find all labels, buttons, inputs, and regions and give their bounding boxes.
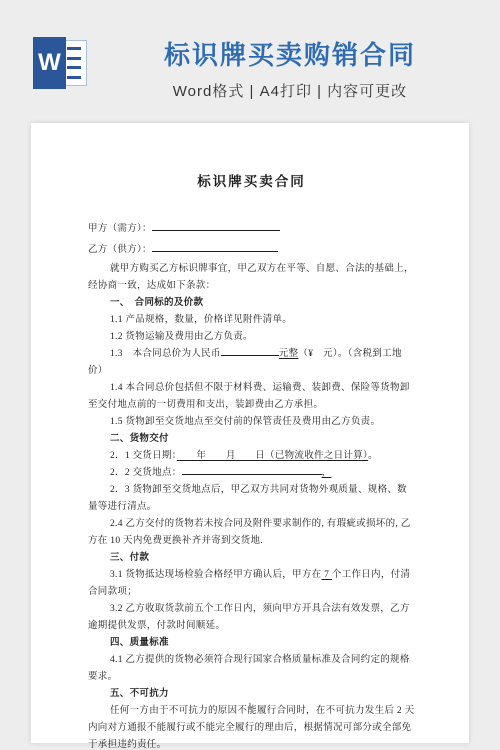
blank-line: [152, 242, 278, 252]
contract-paragraph: 2．2 交货地点：，: [88, 465, 415, 482]
text-run: 甲方（需方）：: [88, 224, 152, 234]
text-run: 乙方（供方）：: [88, 245, 152, 255]
header-text: 标识牌买卖购销合同 Word格式 | A4打印 | 内容可更改: [92, 40, 488, 101]
text-run: 。: [368, 451, 378, 461]
contract-paragraph: 1.2 货物运输及费用由乙方负责。: [88, 329, 415, 346]
text-run: 年 月 日（已物流收件之日计算）: [177, 451, 368, 461]
contract-field: 甲方（需方）：: [88, 219, 415, 240]
document-title: 标识牌买卖合同: [88, 171, 415, 193]
contract-heading: 一、 合同标的及价款: [88, 295, 415, 312]
document-body: 甲方（需方）：乙方（供方）：就甲方购买乙方标识牌事宜，甲乙双方在平等、自愿、合法…: [88, 219, 415, 750]
text-run: 1.2 货物运输及费用由乙方负责。: [110, 332, 253, 342]
blank-line: [182, 465, 322, 475]
text-run: 2．2 交货地点：: [110, 468, 182, 478]
text-run: 元整: [279, 349, 299, 359]
text-run: 2．3 货物卸至交货地点后，甲乙双方共同对货物外观质量、规格、数量等进行清点。: [88, 485, 407, 512]
page-number: 1: [31, 701, 469, 711]
document-content: 标识牌买卖合同 甲方（需方）：乙方（供方）：就甲方购买乙方标识牌事宜，甲乙双方在…: [31, 123, 469, 750]
contract-paragraph: 就甲方购买乙方标识牌事宜，甲乙双方在平等、自愿、合法的基础上，经协商一致，达成如…: [88, 261, 415, 295]
contract-paragraph: 2．3 货物卸至交货地点后，甲乙双方共同对货物外观质量、规格、数量等进行清点。: [88, 482, 415, 516]
text-run: 1.1 产品规格，数量，价格详见附件清单。: [110, 315, 292, 325]
text-run: 3.1 货物抵达现场检验合格经甲方确认后，甲方在: [110, 570, 321, 580]
word-icon-panel: W: [33, 37, 66, 89]
text-run: 三、付款: [110, 553, 149, 563]
text-run: 1.4 本合同总价包括但不限于材料费、运输费、装卸费、保险等货物卸至交付地点前的…: [88, 383, 410, 410]
contract-paragraph: 1.1 产品规格，数量，价格详见附件清单。: [88, 312, 415, 329]
text-run: 3.2 乙方收取货款前五个工作日内，须向甲方开具合法有效发票，乙方逾期提供发票，…: [88, 604, 410, 631]
contract-paragraph: 2．1 交货日期： 年 月 日（已物流收件之日计算）。: [88, 448, 415, 465]
text-run: 一、 合同标的及价款: [110, 298, 203, 308]
text-run: 2.4 乙方交付的货物若未按合同及附件要求制作的, 有瑕疵或损坏的, 乙方在 1…: [88, 519, 411, 546]
text-run: ，: [322, 468, 332, 478]
blank-line: [152, 221, 280, 231]
text-run: 2．1 交货日期：: [110, 451, 177, 461]
text-run: 任何一方由于不可抗力的原因不能履行合同时，在不可抗力发生后 2 天内向对方通报不…: [88, 706, 414, 750]
text-run: 五、不可抗力: [110, 689, 169, 699]
contract-paragraph: 4.1 乙方提供的货物必须符合现行国家合格质量标准及合同约定的规格要求。: [88, 652, 415, 686]
contract-paragraph: 1.4 本合同总价包括但不限于材料费、运输费、装卸费、保险等货物卸至交付地点前的…: [88, 380, 415, 414]
contract-paragraph: 3.2 乙方收取货款前五个工作日内，须向甲方开具合法有效发票，乙方逾期提供发票，…: [88, 601, 415, 635]
page-header: W 标识牌买卖购销合同 Word格式 | A4打印 | 内容可更改: [0, 0, 500, 118]
word-icon-letter: W: [38, 51, 61, 75]
text-run: 7: [321, 570, 331, 580]
text-run: 4.1 乙方提供的货物必须符合现行国家合格质量标准及合同约定的规格要求。: [88, 655, 410, 682]
text-run: 就甲方购买乙方标识牌事宜，甲乙双方在平等、自愿、合法的基础上，经协商一致，达成如…: [88, 264, 414, 291]
contract-paragraph: 3.1 货物抵达现场检验合格经甲方确认后，甲方在 7 个工作日内，付清合同款项；: [88, 567, 415, 601]
text-run: 1.5 货物卸至交货地点至交付前的保管责任及费用由乙方负责。: [110, 417, 380, 427]
document-preview: 标识牌买卖合同 甲方（需方）：乙方（供方）：就甲方购买乙方标识牌事宜，甲乙双方在…: [31, 123, 469, 743]
blank-line: [221, 346, 279, 356]
contract-heading: 二、货物交付: [88, 431, 415, 448]
text-run: 四、质量标准: [110, 638, 169, 648]
contract-heading: 四、质量标准: [88, 635, 415, 652]
page-title: 标识牌买卖购销合同: [92, 40, 488, 71]
text-run: 1.3 本合同总价为人民币: [110, 349, 221, 359]
contract-paragraph: 1.3 本合同总价为人民币元整（¥ 元）。（含税到工地价）: [88, 346, 415, 380]
page-subtitle: Word格式 | A4打印 | 内容可更改: [92, 80, 488, 101]
contract-field: 乙方（供方）：: [88, 240, 415, 261]
contract-heading: 三、付款: [88, 550, 415, 567]
contract-paragraph: 2.4 乙方交付的货物若未按合同及附件要求制作的, 有瑕疵或损坏的, 乙方在 1…: [88, 516, 415, 550]
word-icon: W: [33, 37, 87, 89]
contract-paragraph: 1.5 货物卸至交货地点至交付前的保管责任及费用由乙方负责。: [88, 414, 415, 431]
text-run: 二、货物交付: [110, 434, 169, 444]
